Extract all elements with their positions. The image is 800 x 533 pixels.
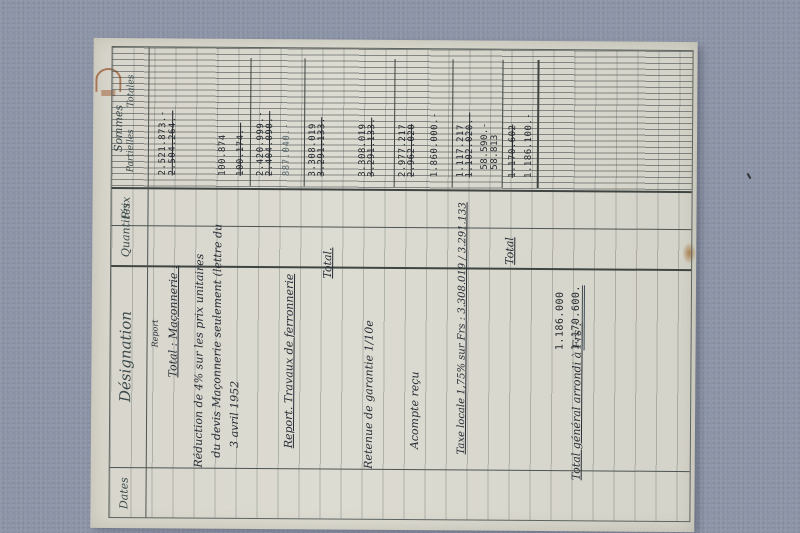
amount-total-2: 3.291.133. [317, 117, 327, 176]
ledger-grid: Dates Désignation Quantités Prix Sommes … [108, 46, 693, 522]
entry-acompte: Acompte reçu [408, 371, 422, 449]
amount-total-final-2: 1.186.100.- [524, 113, 534, 178]
total-general-value-1: 1.186.000 [555, 291, 566, 350]
amount-ferronnerie-3: 887.040.- [282, 123, 292, 176]
amount-taxe-2: 1.102.020.- [465, 112, 475, 177]
amount-acompte-3: 1.860.000.- [430, 112, 440, 177]
header-partielles: Partielles [126, 129, 136, 172]
amount-acompte-2: 2.962.020 [407, 124, 417, 177]
amount-total-final-1: 1.170.602 [508, 125, 518, 178]
header-designation: Désignation [116, 311, 135, 402]
amount-reduction-2: 100.174.- [236, 123, 246, 176]
amount-taxe-4: 58.813 [490, 134, 500, 170]
amount-ferronnerie-2: 2.404.090.- [265, 111, 275, 176]
amount-taxe-3: 58.590.- [480, 122, 490, 169]
entry-report-ferronnerie: Report. Travaux de ferronnerie [282, 274, 296, 449]
amount-retenue-2: 3.291.133. [367, 118, 377, 177]
entry-retenue: Retenue de garantie 1/10e [362, 320, 376, 469]
entry-reduction-line3: 3 avril 1952 [228, 381, 241, 448]
total-general-value-2: 1.170.600. [571, 285, 585, 350]
header-dates: Dates [117, 477, 130, 509]
entry-total-maconnerie: Total : Maçonnerie : [166, 265, 180, 377]
entry-total: Total. [321, 247, 334, 278]
amount-reduction-1: 100.874 [218, 134, 228, 176]
surface-speck [747, 173, 752, 179]
header-totales: Totales [126, 75, 136, 108]
entry-report: Report [151, 320, 160, 348]
ledger-sheet: Dates Désignation Quantités Prix Sommes … [90, 38, 697, 532]
header-sommes: Sommes [112, 105, 125, 152]
entry-taxe-locale: Taxe locale 1,75% sur Frs : 3.308.019 / … [456, 202, 469, 454]
amount-maconnerie-2: 2.504.264.- [168, 110, 178, 175]
entry-reduction-line1: Réduction de 4% sur les prix unitaires [192, 254, 206, 468]
entry-reduction-line2: du devis Maçonnerie seulement (lettre du [210, 224, 225, 458]
header-prix: Prix [119, 197, 132, 219]
entry-total-final: Total [503, 237, 516, 265]
amount-maconnerie-1: 2.521.873.- [158, 110, 168, 175]
